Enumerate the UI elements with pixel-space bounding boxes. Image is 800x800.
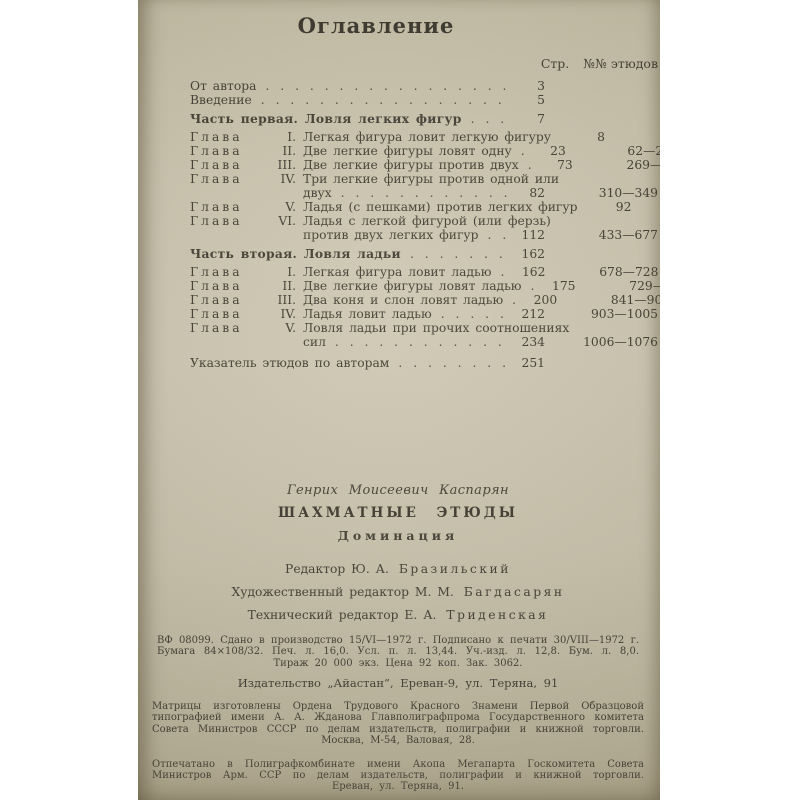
toc-etude-range: 841—902 <box>557 293 660 307</box>
toc-entry-title: Две легкие фигуры ловят одну <box>296 144 512 158</box>
toc-page-number: 112 <box>509 228 545 242</box>
toc-etude-range: 903—1005 <box>545 307 658 321</box>
toc-line: Часть первая. Ловля легких фигур 7 <box>190 112 658 126</box>
toc-entry-title: Часть первая. Ловля легких фигур <box>190 112 462 126</box>
toc-line: против двух легких фигур 112 433—677 <box>190 228 658 242</box>
toc-chapter-number: II. <box>250 279 296 293</box>
author-name: Генрих Моисеевич Каспарян <box>150 483 646 498</box>
toc-chapter-number: I. <box>250 265 296 279</box>
toc-line: Глава IV. Ладья ловит ладью 212 903—1005 <box>190 307 658 321</box>
toc-entry-title: Ладья с легкой фигурой (или ферзь) <box>296 214 551 228</box>
toc-page-number: 175 <box>540 279 576 293</box>
toc-chapter-label: Глава <box>190 144 250 158</box>
toc-dot-leader <box>332 186 509 200</box>
toc-entry-title: Ладья ловит ладью <box>296 307 432 321</box>
toc-etude-range: 269—309 <box>573 158 660 172</box>
toc-page-number: 251 <box>509 356 545 370</box>
toc-page-number: 5 <box>509 93 545 107</box>
editor-surname: Триденская <box>442 608 548 622</box>
toc-chapter-label: Глава <box>190 200 250 214</box>
printing-line: Отпечатано в Полиграфкомбинате имени Ако… <box>152 759 644 770</box>
matrix-line: Москва, М-54, Валовая, 28. <box>152 735 644 746</box>
toc-dot-leader <box>256 79 509 93</box>
toc-entry-title: сил <box>296 335 326 349</box>
toc-etude-range: 729—840 <box>576 279 661 293</box>
toc-chapter-number: IV. <box>250 172 296 186</box>
column-headers: Стр. №№ этюдов <box>541 56 658 71</box>
toc-chapter-number: V. <box>250 321 296 335</box>
toc-chapter-number: II. <box>250 144 296 158</box>
matrix-line: Совета Министров СССР по делам издательс… <box>152 724 644 735</box>
toc-line: Глава I. Легкая фигура ловит легкую фигу… <box>190 130 658 144</box>
toc-dot-leader <box>389 356 509 370</box>
toc-entry-title: против двух легких фигур <box>296 228 479 242</box>
toc-entry-title: Ладья (с пешками) против легких фигур <box>296 200 577 214</box>
toc-line: Указатель этюдов по авторам 251 <box>190 356 658 370</box>
toc-chapter-label: Глава <box>190 307 250 321</box>
toc-line: Введение 5 <box>190 93 658 107</box>
publisher-line: Издательство „Айастан“, Ереван-9, ул. Те… <box>150 676 646 690</box>
toc-entry-title: Легкая фигура ловит ладью <box>296 265 491 279</box>
printing-house-block: Отпечатано в Полиграфкомбинате имени Ако… <box>152 759 644 793</box>
toc-line: Глава V. Ладья (с пешками) против легких… <box>190 200 658 214</box>
toc-entry-title: Часть вторая. Ловля ладьи <box>190 247 401 261</box>
toc-page-number: 82 <box>509 186 545 200</box>
toc-entry-title: Две легкие фигуры против двух <box>296 158 519 172</box>
tech-editor-line: Технический редактор Е. А. Триденская <box>150 608 646 622</box>
toc-page-number: 73 <box>537 158 573 172</box>
toc-line: Глава III. Две легкие фигуры против двух… <box>190 158 658 172</box>
toc-chapter-number: III. <box>250 158 296 172</box>
imprint-line: Тираж 20 000 экз. Цена 92 коп. Зак. 3062… <box>157 658 639 669</box>
toc-dot-leader <box>479 228 509 242</box>
toc-line: Глава II. Две легкие фигуры ловят ладью … <box>190 279 658 293</box>
toc-line: двух 82 310—349 <box>190 186 658 200</box>
toc-page-number: 23 <box>530 144 566 158</box>
page-title: Оглавление <box>190 13 562 38</box>
imprint-line: ВФ 08099. Сдано в производство 15/VI—197… <box>157 635 639 646</box>
toc-chapter-label: Глава <box>190 279 250 293</box>
toc-etude-range: 350—432 <box>631 200 660 214</box>
toc-chapter-label: Глава <box>190 293 250 307</box>
toc-dot-leader <box>503 293 521 307</box>
editor-line: Редактор Ю. А. Бразильский <box>150 562 646 576</box>
editor-role: Технический редактор Е. А. <box>248 608 437 622</box>
toc-dot-leader <box>512 144 530 158</box>
toc-line: Глава IV. Три легкие фигуры против одной… <box>190 172 658 186</box>
printing-line: Министров Арм. ССР по делам издательств,… <box>152 770 644 781</box>
toc-entry-title: Две легкие фигуры ловят ладью <box>296 279 522 293</box>
toc-entry-title: двух <box>296 186 332 200</box>
book-subtitle: Доминация <box>150 528 646 543</box>
book-page-photo: Оглавление Стр. №№ этюдов От автора 3 Вв… <box>138 0 660 800</box>
toc-entry-title: Ловля ладьи при прочих соотношениях <box>296 321 569 335</box>
editor-role: Художественный редактор М. М. <box>231 585 453 599</box>
toc-entry-title: Три легкие фигуры против одной или <box>296 172 559 186</box>
toc-etude-range: 1006—1076 <box>545 335 658 349</box>
toc-page-number: 162 <box>509 265 545 279</box>
toc-chapter-number: III. <box>250 293 296 307</box>
toc-line: Глава I. Легкая фигура ловит ладью 162 6… <box>190 265 658 279</box>
toc-etude-range: 678—728 <box>545 265 658 279</box>
toc-entry-title: От автора <box>190 79 256 93</box>
toc-page-number: 200 <box>521 293 557 307</box>
toc-line: сил 234 1006—1076 <box>190 335 658 349</box>
toc-entry-title: Указатель этюдов по авторам <box>190 356 389 370</box>
toc-chapter-number: VI. <box>250 214 296 228</box>
toc-line: Глава II. Две легкие фигуры ловят одну 2… <box>190 144 658 158</box>
toc-page-number: 162 <box>509 247 545 261</box>
toc-chapter-label: Глава <box>190 321 250 335</box>
toc-chapter-label: Глава <box>190 265 250 279</box>
toc-dot-leader <box>522 279 540 293</box>
toc-page-number: 7 <box>509 112 545 126</box>
page-column-header: Стр. <box>541 56 569 71</box>
book-title: ШАХМАТНЫЕ ЭТЮДЫ <box>150 505 646 521</box>
toc-line: Глава V. Ловля ладьи при прочих соотноше… <box>190 321 658 335</box>
toc-dot-leader <box>252 93 509 107</box>
editor-role: Редактор Ю. А. <box>285 562 389 576</box>
toc-dot-leader <box>401 247 509 261</box>
matrix-line: Матрицы изготовлены Ордена Трудового Кра… <box>152 701 644 712</box>
imprint-line: Бумага 84×108/32. Печ. л. 16,0. Усл. п. … <box>157 646 639 657</box>
toc-entry-title: Введение <box>190 93 252 107</box>
toc-page-number: 92 <box>595 200 631 214</box>
toc-line: От автора 3 <box>190 79 658 93</box>
book-page: Оглавление Стр. №№ этюдов От автора 3 Вв… <box>138 0 660 800</box>
toc-etude-range: 1—61 <box>605 130 660 144</box>
toc-entry-title: Легкая фигура ловит легкую фигуру <box>296 130 551 144</box>
toc-page-number: 8 <box>569 130 605 144</box>
toc-chapter-number: IV. <box>250 307 296 321</box>
art-editor-line: Художественный редактор М. М. Багдасарян <box>150 585 646 599</box>
imprint-block: ВФ 08099. Сдано в производство 15/VI—197… <box>157 635 639 669</box>
toc-page-number: 234 <box>509 335 545 349</box>
toc-chapter-number: I. <box>250 130 296 144</box>
toc-chapter-label: Глава <box>190 158 250 172</box>
colophon: Генрих Моисеевич Каспарян ШАХМАТНЫЕ ЭТЮД… <box>150 483 646 793</box>
toc-dot-leader <box>491 265 509 279</box>
toc-etude-range: 62—268 <box>566 144 660 158</box>
etudes-column-header: №№ этюдов <box>583 56 658 71</box>
toc-dot-leader <box>432 307 509 321</box>
matrix-block: Матрицы изготовлены Ордена Трудового Кра… <box>152 701 644 746</box>
toc-line: Глава VI. Ладья с легкой фигурой (или фе… <box>190 214 658 228</box>
toc-etude-range: 310—349 <box>545 186 658 200</box>
table-of-contents: От автора 3 Введение 5 Часть первая. Лов… <box>190 79 658 370</box>
matrix-line: типографией имени А. А. Жданова Главполи… <box>152 712 644 723</box>
toc-page-number: 3 <box>509 79 545 93</box>
toc-etude-range: 433—677 <box>545 228 658 242</box>
toc-entry-title: Два коня и слон ловят ладью <box>296 293 503 307</box>
toc-line: Часть вторая. Ловля ладьи 162 <box>190 247 658 261</box>
toc-dot-leader <box>326 335 509 349</box>
toc-chapter-label: Глава <box>190 172 250 186</box>
editor-surname: Бразильский <box>395 562 511 576</box>
toc-page-number: 212 <box>509 307 545 321</box>
toc-line: Глава III. Два коня и слон ловят ладью 2… <box>190 293 658 307</box>
toc-chapter-label: Глава <box>190 130 250 144</box>
toc-dot-leader <box>519 158 537 172</box>
editor-surname: Багдасарян <box>460 585 565 599</box>
toc-chapter-label: Глава <box>190 214 250 228</box>
printing-line: Ереван, ул. Теряна, 91. <box>152 781 644 792</box>
toc-chapter-number: V. <box>250 200 296 214</box>
toc-dot-leader <box>462 112 509 126</box>
